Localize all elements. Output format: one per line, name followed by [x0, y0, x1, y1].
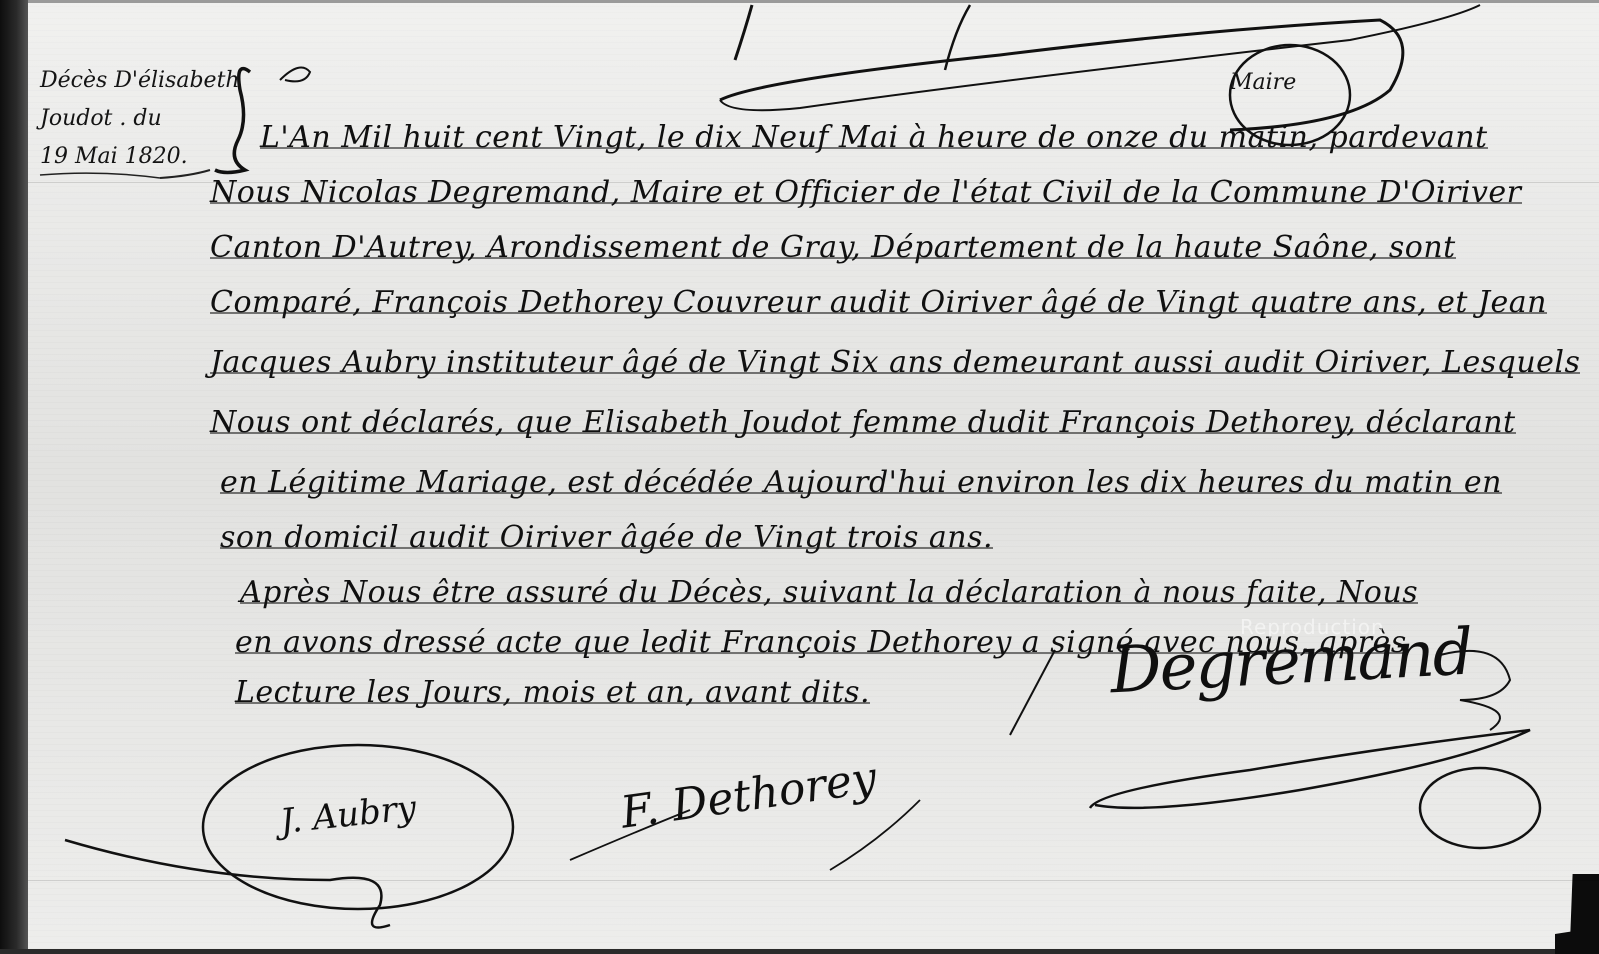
scan-bottom-edge	[0, 949, 1599, 954]
record-line-1: L'An Mil huit cent Vingt, le dix Neuf Ma…	[260, 120, 1488, 155]
record-line-8: son domicil audit Oiriver âgée de Vingt …	[220, 520, 993, 555]
margin-annotation: Décès D'élisabeth Joudot . du 19 Mai 182…	[40, 62, 190, 176]
record-line-4: Comparé, François Dethorey Couvreur audi…	[210, 285, 1547, 320]
paper-rule-line	[28, 880, 1599, 881]
margin-title-line: Décès D'élisabeth	[40, 62, 190, 100]
document-scan: Décès D'élisabeth Joudot . du 19 Mai 182…	[0, 0, 1599, 954]
record-line-11: Lecture les Jours, mois et an, avant dit…	[235, 675, 870, 710]
record-line-3: Canton D'Autrey, Arondissement de Gray, …	[210, 230, 1456, 265]
record-line-7: en Légitime Mariage, est décédée Aujourd…	[220, 465, 1502, 500]
witness-dethorey-signature: F. Dethorey	[618, 752, 880, 838]
record-line-5: Jacques Aubry instituteur âgé de Vingt S…	[210, 345, 1580, 380]
page-binding-edge	[0, 0, 28, 954]
record-line-6: Nous ont déclarés, que Elisabeth Joudot …	[210, 405, 1516, 440]
record-line-9: Après Nous être assuré du Décès, suivant…	[240, 575, 1418, 610]
record-line-2: Nous Nicolas Degremand, Maire et Officie…	[210, 175, 1522, 210]
interlinear-insertion: Maire	[1230, 70, 1296, 95]
margin-name-line: Joudot . du	[40, 100, 190, 138]
page-corner-shadow	[1555, 874, 1599, 954]
witness-aubry-signature: J. Aubry	[278, 788, 418, 842]
margin-date-line: 19 Mai 1820.	[40, 138, 190, 176]
scan-top-border	[0, 0, 1599, 3]
